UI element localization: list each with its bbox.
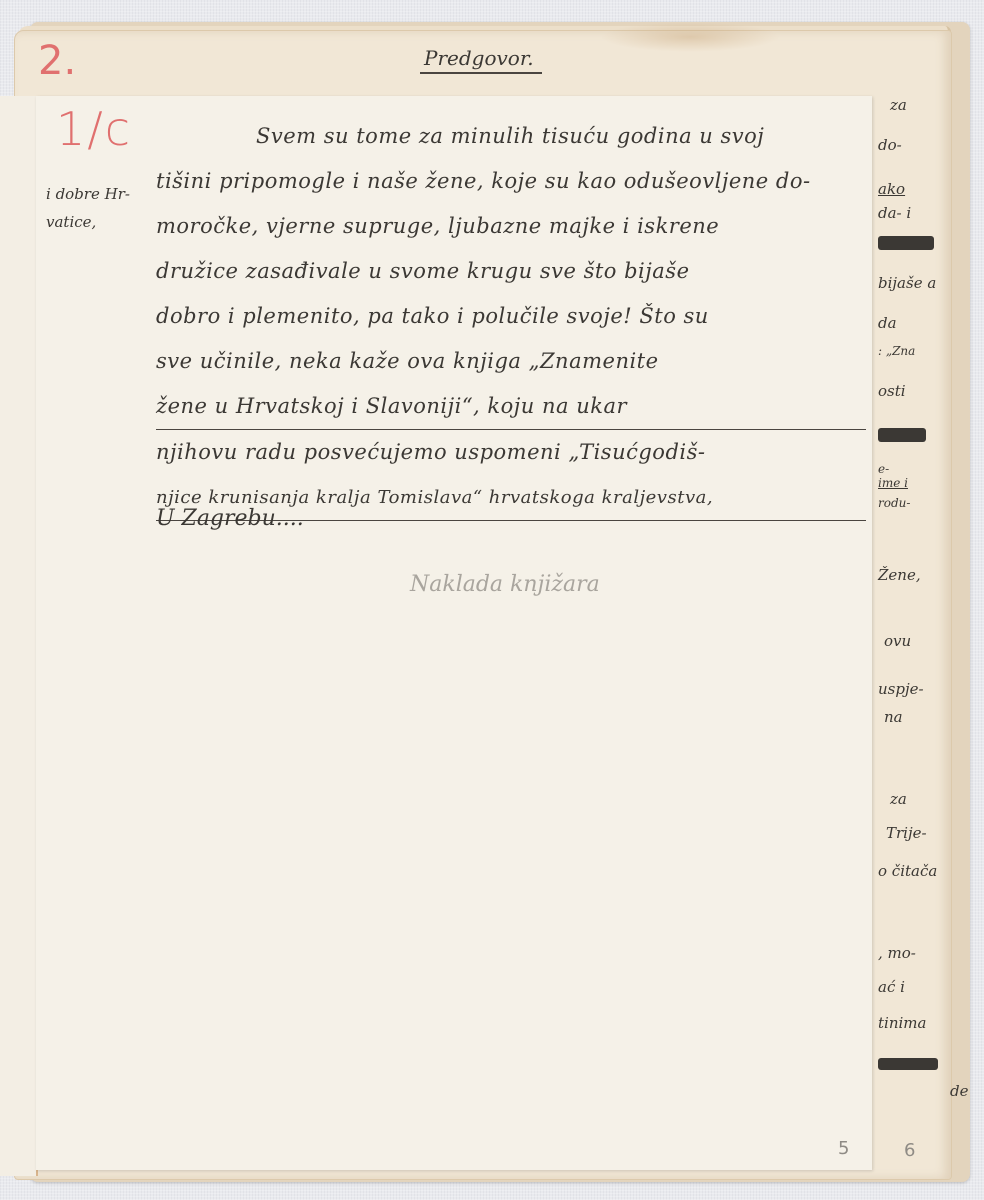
page-title: Predgovor. <box>420 46 542 74</box>
back-fragment: e- <box>878 462 889 476</box>
back-fragment: , mo- <box>878 944 916 962</box>
back-fragment: Žene, <box>878 566 921 584</box>
front-page-number: 5 <box>838 1138 849 1159</box>
left-page-edge <box>0 96 38 1176</box>
publisher-note: Naklada knjižara <box>410 572 600 597</box>
body-line: Svem su tome za minulih tisuću godina u … <box>156 114 866 159</box>
back-fragment: osti <box>878 382 906 400</box>
back-fragment: ać i <box>878 978 905 996</box>
body-line: dobro i plemenito, pa tako i polučile sv… <box>156 294 866 339</box>
body-line: družice zasađivale u svome krugu sve što… <box>156 249 866 294</box>
back-fragment: uspje- <box>878 680 924 698</box>
margin-note-line: i dobre Hr- <box>46 185 130 203</box>
stain <box>600 22 780 52</box>
front-page-marker: 1/c <box>56 102 132 156</box>
back-fragment: tinima <box>878 1014 926 1032</box>
back-fragment: : „Zna <box>878 344 915 358</box>
back-fragment: ovu <box>884 632 911 650</box>
back-fragment: o čitača <box>878 862 937 880</box>
margin-note-line: vatice, <box>46 213 96 231</box>
back-fragment: de <box>950 1082 968 1100</box>
back-fragment: do- <box>878 136 902 154</box>
body-line: njihovu radu posvećujemo uspomeni „Tisuć… <box>156 430 866 475</box>
back-fragment: za <box>890 96 907 114</box>
body-line: moročke, vjerne supruge, ljubazne majke … <box>156 204 866 249</box>
body-line: tišini pripomogle i naše žene, koje su k… <box>156 159 866 204</box>
struck-fragment <box>878 1058 938 1070</box>
back-fragment: ime i <box>878 476 908 490</box>
struck-fragment <box>878 236 934 250</box>
body-line: žene u Hrvatskoj i Slavoniji“, koju na u… <box>156 384 866 430</box>
back-fragment: bijaše a <box>878 274 936 292</box>
back-fragment: da- i <box>878 204 911 222</box>
closing-place: U Zagrebu.... <box>156 506 304 531</box>
back-fragment: da <box>878 314 897 332</box>
struck-fragment <box>878 428 926 442</box>
back-fragment: ako <box>878 180 905 198</box>
preface-body: Svem su tome za minulih tisuću godina u … <box>156 114 866 521</box>
back-fragment: za <box>890 790 907 808</box>
back-fragment: rodu- <box>878 496 910 510</box>
back-fragment: Trije- <box>886 824 927 842</box>
back-page-number: 6 <box>904 1140 915 1161</box>
back-fragment: na <box>884 708 903 726</box>
margin-note: i dobre Hr- vatice, <box>46 180 146 236</box>
back-page-marker: 2. <box>38 38 76 84</box>
body-line: sve učinile, neka kaže ova knjiga „Zname… <box>156 339 866 384</box>
